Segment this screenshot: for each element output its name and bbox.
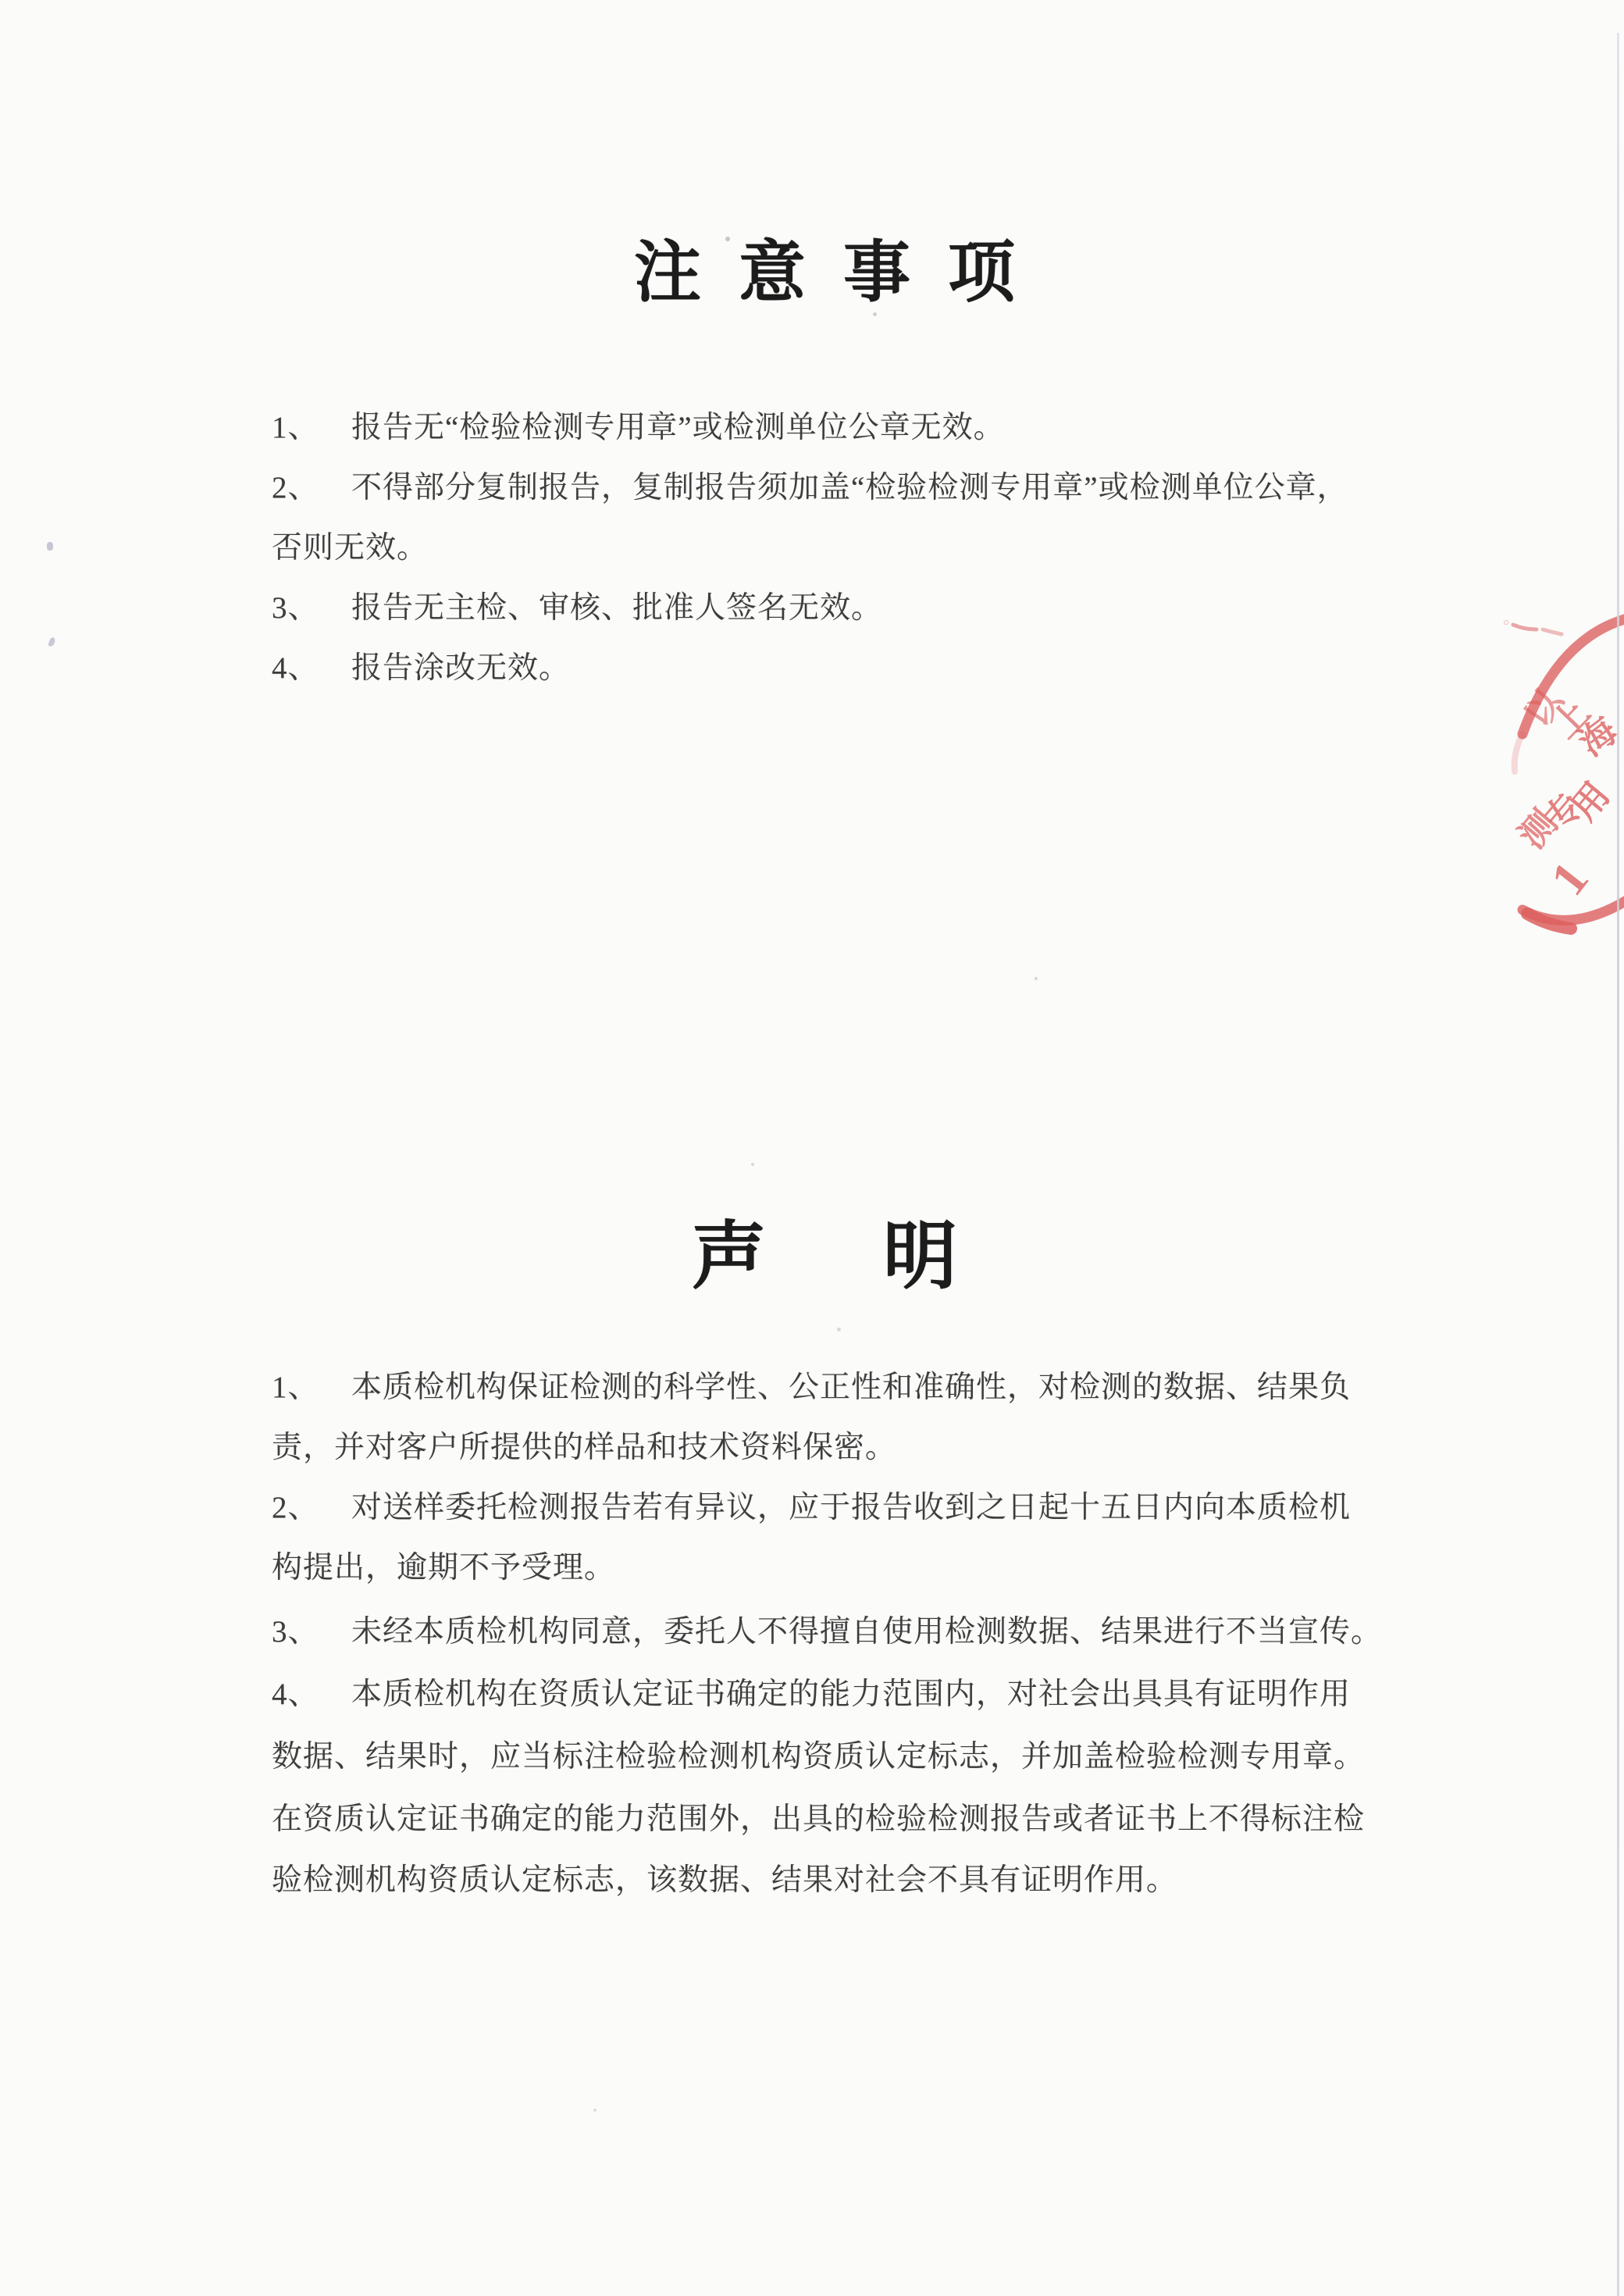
scan-speck <box>48 636 55 647</box>
item-number: 1、 <box>272 1367 351 1409</box>
text-line: 验检测机构资质认定标志，该数据、结果对社会不具有证明作用。 <box>272 1859 1177 1902</box>
text-line: 构提出，逾期不予受理。 <box>272 1547 615 1589</box>
scan-speck <box>593 2109 597 2112</box>
item-text: 在资质认定证书确定的能力范围外，出具的检验检测报告或者证书上不得标注检 <box>272 1802 1365 1836</box>
item-text: 报告无“检验检测专用章”或检测单位公章无效。 <box>351 411 1005 444</box>
scan-speck <box>873 312 877 316</box>
text-line: 2、不得部分复制报告，复制报告须加盖“检验检测专用章”或检测单位公章， <box>272 467 1348 509</box>
text-line: 否则无效。 <box>272 527 428 569</box>
text-line: 责，并对客户所提供的样品和技术资料保密。 <box>272 1427 896 1469</box>
scan-speck <box>1035 977 1038 980</box>
stamp-number: 1 <box>1540 851 1599 905</box>
text-line: 数据、结果时，应当标注检验检测机构资质认定标志，并加盖检验检测专用章。 <box>272 1736 1365 1778</box>
text-line: 3、报告无主检、审核、批准人签名无效。 <box>272 587 882 629</box>
text-line: 1、本质检机构保证检测的科学性、公正性和准确性，对检测的数据、结果负 <box>272 1367 1351 1409</box>
item-text: 验检测机构资质认定标志，该数据、结果对社会不具有证明作用。 <box>272 1863 1177 1897</box>
scan-edge-line <box>1617 33 1619 2296</box>
item-number: 4、 <box>272 647 351 690</box>
item-number: 1、 <box>272 407 351 449</box>
item-number: 3、 <box>272 587 351 629</box>
item-text: 未经本质检机构同意，委托人不得擅自使用检测数据、结果进行不当宣传。 <box>351 1615 1382 1649</box>
text-line: 在资质认定证书确定的能力范围外，出具的检验检测报告或者证书上不得标注检 <box>272 1799 1365 1841</box>
text-line: 4、报告涂改无效。 <box>272 647 570 690</box>
item-text: 报告涂改无效。 <box>351 651 570 685</box>
item-number: 2、 <box>272 467 351 509</box>
item-text: 对送样委托检测报告若有异议，应于报告收到之日起十五日内向本质检机 <box>351 1491 1351 1524</box>
scan-speck <box>837 1328 841 1332</box>
text-line: 2、对送样委托检测报告若有异议，应于报告收到之日起十五日内向本质检机 <box>272 1487 1351 1529</box>
notice-title: 注意事项 <box>634 239 1052 306</box>
page: 注意事项 1、报告无“检验检测专用章”或检测单位公章无效。 2、不得部分复制报告… <box>0 0 1624 2296</box>
item-number: 4、 <box>272 1674 351 1716</box>
item-text: 报告无主检、审核、批准人签名无效。 <box>351 591 882 625</box>
item-text: 不得部分复制报告，复制报告须加盖“检验检测专用章”或检测单位公章， <box>351 471 1348 504</box>
item-text: 本质检机构在资质认定证书确定的能力范围内，对社会出具具有证明作用 <box>351 1677 1351 1711</box>
text-line: 1、报告无“检验检测专用章”或检测单位公章无效。 <box>272 407 1005 449</box>
item-text: 本质检机构保证检测的科学性、公正性和准确性，对检测的数据、结果负 <box>351 1371 1351 1404</box>
text-line: 4、本质检机构在资质认定证书确定的能力范围内，对社会出具具有证明作用 <box>272 1674 1351 1716</box>
item-number: 3、 <box>272 1611 351 1653</box>
red-seal-stamp: 以 上 海 测 专 用 1 <box>1499 566 1624 968</box>
scan-speck <box>751 1163 754 1166</box>
text-line: 3、未经本质检机构同意，委托人不得擅自使用检测数据、结果进行不当宣传。 <box>272 1611 1382 1653</box>
item-number: 2、 <box>272 1487 351 1529</box>
scan-speck <box>47 542 53 551</box>
scan-speck <box>725 237 730 241</box>
item-text: 构提出，逾期不予受理。 <box>272 1551 615 1585</box>
item-text: 责，并对客户所提供的样品和技术资料保密。 <box>272 1431 896 1464</box>
item-text: 数据、结果时，应当标注检验检测机构资质认定标志，并加盖检验检测专用章。 <box>272 1740 1365 1774</box>
item-text: 否则无效。 <box>272 531 428 565</box>
statement-title: 声明 <box>692 1220 1074 1294</box>
